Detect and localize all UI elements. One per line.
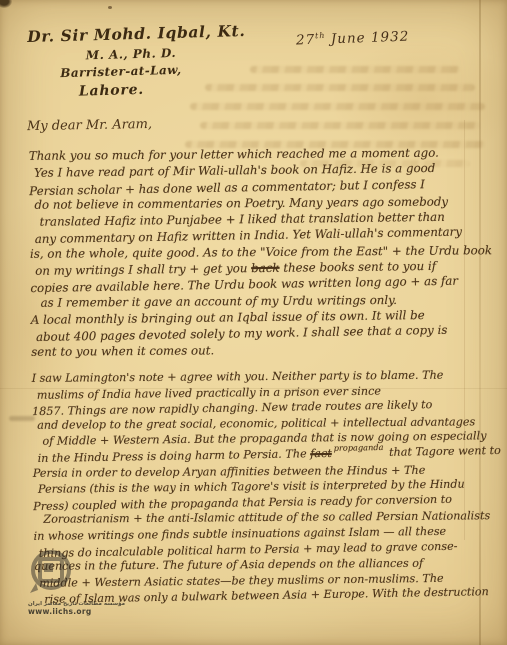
struck-word: fact — [310, 447, 332, 460]
letter-line: and develop to the great social, economi… — [37, 414, 500, 433]
watermark-url: www.iichs.org — [28, 607, 98, 616]
scanned-letter-page: Dr. Sir Mohd. Iqbal, Kt. M. A., Ph. D. B… — [0, 0, 507, 645]
paper-fleck — [108, 6, 112, 9]
letter-paragraph-1: Thank you so much for your letter which … — [29, 143, 500, 361]
letterhead-degrees: M. A., Ph. D. — [86, 44, 246, 62]
archive-watermark: مؤسسه مطالعات تاریخ معاصر ایران www.iich… — [28, 549, 98, 616]
date-suffix: th — [315, 31, 326, 40]
salutation: My dear Mr. Aram, — [27, 117, 152, 134]
letter-line: as I remember it gave an account of my U… — [41, 291, 499, 311]
age-stain — [330, 40, 507, 160]
line-text: that Tagore went to — [385, 444, 501, 459]
letter-paragraph-2: I saw Lamington's note + agree with you.… — [32, 366, 503, 607]
letterhead: Dr. Sir Mohd. Iqbal, Kt. M. A., Ph. D. B… — [27, 21, 247, 101]
corner-ink-spot — [0, 0, 12, 8]
letterhead-name: Dr. Sir Mohd. Iqbal, Kt. — [27, 21, 246, 46]
line-text: on my writings I shall try + get you — [35, 261, 251, 278]
letter-line: Persia in order to develop Aryan affinit… — [33, 462, 501, 481]
paper-smudge — [9, 416, 35, 421]
struck-word: back — [251, 261, 280, 275]
date-day: 27 — [296, 32, 316, 49]
inserted-word: propaganda — [334, 442, 384, 453]
letter-date: 27th June 1932 — [296, 28, 410, 48]
iichs-logo-icon — [28, 549, 74, 597]
line-text: in the Hindu Press is doing harm to Pers… — [38, 447, 311, 465]
letter-line: is, on the whole, quite good. As to the … — [30, 242, 498, 262]
letterhead-city: Lahore. — [79, 79, 247, 100]
letter-line: do not believe in commentaries on Poetry… — [34, 193, 497, 213]
letterhead-title: Barrister-at-Law, — [60, 61, 246, 80]
date-month-year: June 1932 — [331, 29, 410, 48]
letter-line: sent to you when it comes out. — [31, 340, 499, 360]
